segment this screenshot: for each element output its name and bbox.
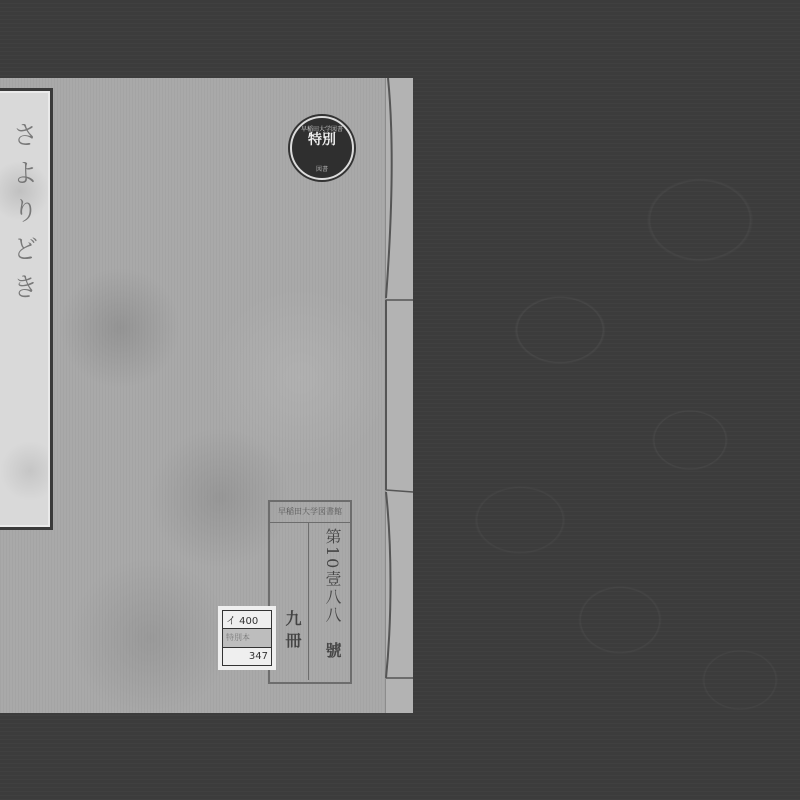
binding-edge <box>385 78 413 713</box>
shelf-mark-suffix: 號 <box>316 642 344 658</box>
binding-thread-icon <box>376 78 416 713</box>
shelf-mark-number: 第10壹八八 <box>314 528 344 624</box>
call-number-row: 特別本 <box>223 629 272 647</box>
library-seal-stamp: 早稲田大学図書 特別 図書 <box>290 116 354 180</box>
title-slip: さよりどき <box>0 88 53 530</box>
seal-main-text: 特別 <box>292 133 352 147</box>
title-text: さよりどき <box>6 121 42 311</box>
call-number-sticker: イ 400 特別本 347 <box>218 606 276 670</box>
shelf-mark-stamp: 早稲田大学図書館 第10壹八八 九冊 號 <box>268 500 352 684</box>
call-number-row: 347 <box>223 647 272 665</box>
shelf-mark-header: 早稲田大学図書館 <box>270 502 350 523</box>
shelf-mark-divider <box>308 522 309 680</box>
call-number-table: イ 400 特別本 347 <box>222 610 272 666</box>
seal-sub-text: 図書 <box>292 164 352 173</box>
book-cover: さよりどき 早稲田大学図書 特別 図書 早稲田大学図書館 第10壹八八 九冊 號… <box>0 78 412 713</box>
call-number-row: イ 400 <box>223 611 272 629</box>
shelf-mark-volume-count: 九冊 <box>276 610 304 654</box>
